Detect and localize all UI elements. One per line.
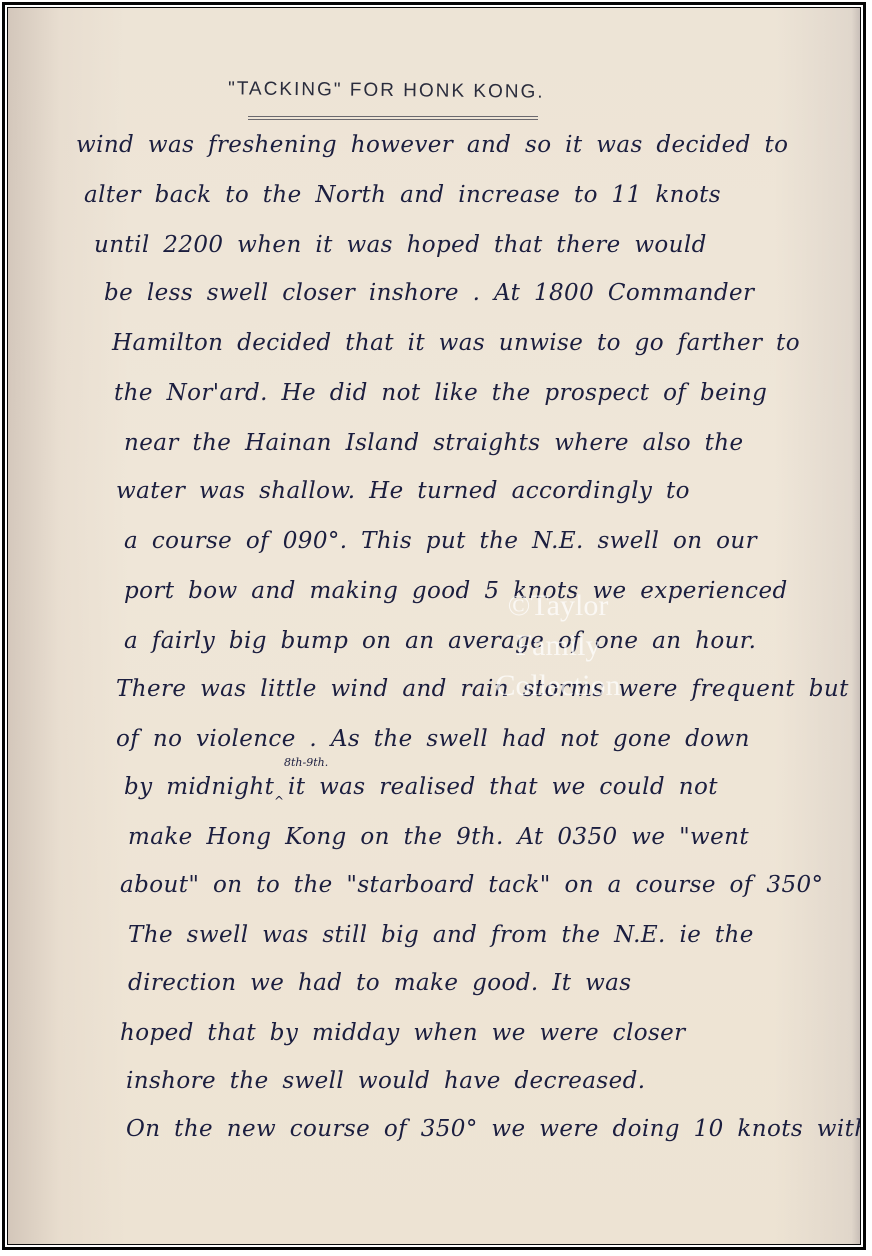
text-line-7: near the Hainan Island straights where a… bbox=[124, 430, 744, 456]
insertion-annotation: 8th-9th. bbox=[284, 756, 328, 769]
text-line-15: make Hong Kong on the 9th. At 0350 we "w… bbox=[128, 824, 749, 850]
text-line-17: The swell was still big and from the N.E… bbox=[128, 922, 754, 948]
handwritten-page: "TACKING" FOR HONK KONG. wind was freshe… bbox=[8, 8, 860, 1244]
text-line-8: water was shallow. He turned accordingly… bbox=[116, 478, 690, 504]
text-line-1: wind was freshening however and so it wa… bbox=[76, 132, 788, 158]
text-line-10: port bow and making good 5 knots we expe… bbox=[124, 578, 788, 604]
text-line-16: about" on to the "starboard tack" on a c… bbox=[120, 872, 823, 898]
text-line-14: by midnight it was realised that we coul… bbox=[124, 774, 718, 800]
text-line-19: hoped that by midday when we were closer bbox=[120, 1020, 686, 1046]
text-line-3: until 2200 when it was hoped that there … bbox=[94, 232, 707, 258]
text-line-20: inshore the swell would have decreased. bbox=[126, 1068, 645, 1094]
text-line-21: On the new course of 350° we were doing … bbox=[126, 1116, 861, 1142]
page-border-outer: "TACKING" FOR HONK KONG. wind was freshe… bbox=[2, 2, 866, 1250]
text-line-9: a course of 090°. This put the N.E. swel… bbox=[124, 528, 757, 554]
page-border-inner: "TACKING" FOR HONK KONG. wind was freshe… bbox=[7, 7, 861, 1245]
page-title: "TACKING" FOR HONK KONG. bbox=[228, 78, 545, 103]
text-line-11: a fairly big bump on an average of one a… bbox=[124, 628, 756, 654]
text-line-5: Hamilton decided that it was unwise to g… bbox=[112, 330, 800, 356]
text-line-12: There was little wind and rain storms we… bbox=[116, 676, 849, 702]
text-line-2: alter back to the North and increase to … bbox=[84, 182, 721, 208]
text-line-4: be less swell closer inshore . At 1800 C… bbox=[104, 280, 754, 306]
text-line-6: the Nor'ard. He did not like the prospec… bbox=[114, 380, 767, 406]
title-underline bbox=[248, 116, 538, 120]
text-line-18: direction we had to make good. It was bbox=[128, 970, 632, 996]
text-line-13: of no violence . As the swell had not go… bbox=[116, 726, 750, 752]
